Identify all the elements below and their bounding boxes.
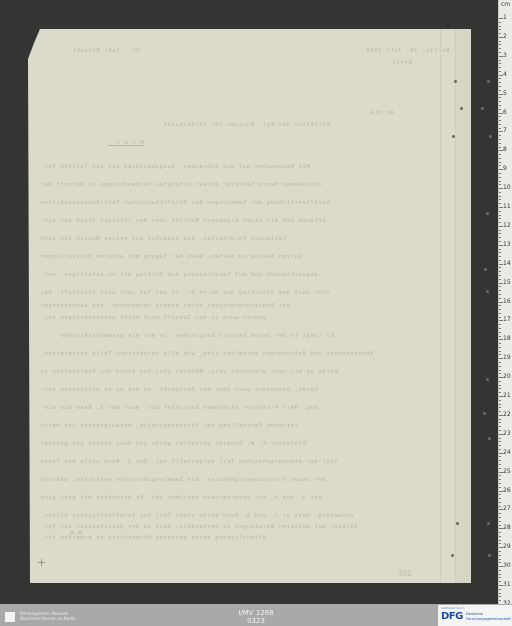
- ruler-unit: cm: [501, 1, 510, 8]
- ruler-subtick: [499, 252, 501, 253]
- ruler-subtick: [499, 60, 501, 61]
- ruler-subtick: [499, 120, 501, 121]
- ruler-label: 25: [503, 468, 511, 475]
- ruler-subtick: [499, 173, 501, 174]
- ruler-subtick: [499, 313, 501, 314]
- body-line: abgeschlossen und auf Veranlassung zum V…: [40, 272, 318, 278]
- institution-line2: Staatliche Museen zu Berlin: [20, 616, 76, 621]
- ruler-subtick: [499, 593, 501, 594]
- ruler-subtick: [499, 354, 501, 355]
- ruler-subtick: [499, 351, 501, 352]
- ruler-label: 12: [503, 222, 511, 229]
- punch-hole: [488, 437, 491, 440]
- ruler-subtick: [499, 551, 501, 552]
- ruler-subtick: [499, 241, 501, 242]
- dfg-logo: Gefördert durch DFG Deutsche Forschungsg…: [438, 605, 512, 626]
- ruler-subtick: [499, 532, 501, 533]
- body-line: hören, besonders auch über die Zeitpunkt…: [40, 387, 318, 393]
- ruler-subtick: [499, 562, 501, 563]
- ruler-subtick: [499, 536, 501, 537]
- body-line: der neuen Forschungsergebnisse, die Samm…: [40, 477, 326, 483]
- ruler-subtick: [499, 165, 501, 166]
- body-line: der Regierungsprojekt nicht anders verwe…: [40, 303, 290, 309]
- ruler-subtick: [499, 388, 501, 389]
- ruler-subtick: [499, 233, 501, 234]
- body-line: der 3. und 4. für Sprachproben bestimmt …: [40, 495, 322, 501]
- ruler-subtick: [499, 290, 501, 291]
- ruler-label: 10: [503, 184, 511, 191]
- dfg-name: Deutsche Forschungsgemeinschaft: [466, 612, 511, 621]
- ruler-subtick: [499, 506, 501, 507]
- punch-hole: [454, 80, 457, 83]
- ruler-subtick: [499, 298, 501, 299]
- body-line: leitende Darstellung der Forschungsreise…: [40, 423, 298, 429]
- ruler-label: 28: [503, 524, 511, 531]
- ruler-subtick: [499, 449, 501, 450]
- ruler-subtick: [499, 328, 501, 329]
- ruler-subtick: [499, 305, 501, 306]
- ruler-label: 13: [503, 241, 511, 248]
- ruler-label: 2: [503, 33, 507, 40]
- body-line: cher nach dem Vorschlag des Herrn Dr. in…: [40, 290, 330, 296]
- ruler-subtick: [499, 426, 501, 427]
- dfg-superscript: Gefördert durch: [441, 606, 465, 610]
- ruler-subtick: [499, 29, 501, 30]
- ruler-label: 4: [503, 71, 507, 78]
- ruler-label: 30: [503, 562, 511, 569]
- shelfmark-line2: 0323: [230, 617, 282, 625]
- ruler-label: 18: [503, 335, 511, 342]
- punch-hole: [481, 107, 484, 110]
- ruler-subtick: [499, 105, 501, 106]
- ruler-subtick: [499, 464, 501, 465]
- ruler-label: 9: [503, 165, 507, 172]
- ruler-subtick: [499, 521, 501, 522]
- body-line: notwendig, dass er 2. und 3. Band beide …: [40, 513, 353, 519]
- ruler-subtick: [499, 343, 501, 344]
- ruler-subtick: [499, 294, 501, 295]
- punch-hole: [489, 135, 492, 138]
- ruler-subtick: [499, 260, 501, 261]
- punch-hole: [487, 80, 490, 83]
- punch-hole: [486, 212, 489, 215]
- ruler-subtick: [499, 373, 501, 374]
- ruler-subtick: [499, 279, 501, 280]
- ruler-subtick: [499, 128, 501, 129]
- ruler-subtick: [499, 468, 501, 469]
- header-date: Berlin, 30. Juli 1909.: [362, 48, 449, 54]
- ruler-label: 6: [503, 109, 507, 116]
- ruler-subtick: [499, 370, 501, 371]
- ruler-subtick: [499, 139, 501, 140]
- ruler-subtick: [499, 67, 501, 68]
- ruler-subtick: [499, 71, 501, 72]
- ruler-subtick: [499, 392, 501, 393]
- ruler-subtick: [499, 600, 501, 601]
- header-sub: Ernst: [392, 60, 412, 66]
- ruler-subtick: [499, 196, 501, 197]
- ruler-label: 22: [503, 411, 511, 418]
- ruler-subtick: [499, 513, 501, 514]
- ruler-subtick: [499, 366, 501, 367]
- body-line: Mit Bezugnahme auf die Schreiben, Ausgab…: [40, 164, 310, 170]
- folio-number: 352: [398, 570, 411, 578]
- ruler-subtick: [499, 203, 501, 204]
- ruler-subtick: [499, 555, 501, 556]
- ruler-subtick: [499, 124, 501, 125]
- measurement-ruler: cm 1234567891011121314151617181920212223…: [498, 0, 512, 604]
- ruler-subtick: [499, 589, 501, 590]
- punch-hole: [484, 268, 487, 271]
- body-line: mag. Herr Professor Stuhlmann berichtet …: [40, 405, 318, 411]
- ruler-subtick: [499, 275, 501, 276]
- body-line: Abrechnungen und Zeichnungen enthalten s…: [40, 351, 373, 357]
- recipient: Direktion des Kgl. Museums für Völkerkun…: [163, 122, 330, 128]
- ruler-subtick: [499, 211, 501, 212]
- ruler-label: 15: [503, 279, 511, 286]
- ruler-label: 24: [503, 449, 511, 456]
- body-line: Es liegt in der Sache bereits besprochen…: [60, 333, 334, 339]
- ruler-subtick: [499, 82, 501, 83]
- ruler-subtick: [499, 249, 501, 250]
- ruler-label: 5: [503, 90, 507, 97]
- dfg-mark: DFG: [441, 611, 463, 622]
- ruler-subtick: [499, 404, 501, 405]
- body-line: Teil der ethnographischen Teil dargestel…: [40, 459, 338, 465]
- ruler-subtick: [499, 324, 501, 325]
- ruler-subtick: [499, 336, 501, 337]
- body-line: zuerst auch in der Zukunft noch nicht un…: [40, 315, 266, 321]
- ruler-subtick: [499, 63, 501, 64]
- ruler-subtick: [499, 483, 501, 484]
- ruler-subtick: [499, 143, 501, 144]
- ruler-subtick: [499, 347, 501, 348]
- ruler-subtick: [499, 574, 501, 575]
- ruler-subtick: [499, 419, 501, 420]
- punch-hole: [486, 378, 489, 381]
- ruler-label: 3: [503, 52, 507, 59]
- recipient-prefix: An die: [370, 110, 394, 116]
- punch-hole: [488, 554, 491, 557]
- ruler-subtick: [499, 86, 501, 87]
- shelfmark-line1: I/MV 1268: [230, 609, 282, 617]
- ruler-label: 8: [503, 146, 507, 153]
- ruler-subtick: [499, 400, 501, 401]
- punch-hole: [456, 522, 459, 525]
- punch-hole: [460, 107, 463, 110]
- ruler-subtick: [499, 525, 501, 526]
- header-left: Gl.: Sehr Ersucht: [72, 48, 139, 54]
- ruler-subtick: [499, 147, 501, 148]
- ruler-subtick: [499, 26, 501, 27]
- institution-name: Ethnologisches Museum Staatliche Museen …: [20, 611, 76, 621]
- ruler-label: 1: [503, 14, 507, 21]
- ruler-subtick: [499, 332, 501, 333]
- ruler-subtick: [499, 577, 501, 578]
- ruler-subtick: [499, 22, 501, 23]
- ruler-subtick: [499, 581, 501, 582]
- ruler-subtick: [499, 184, 501, 185]
- ruler-subtick: [499, 177, 501, 178]
- ruler-subtick: [499, 48, 501, 49]
- ruler-subtick: [499, 438, 501, 439]
- ruler-subtick: [499, 218, 501, 219]
- ruler-subtick: [499, 97, 501, 98]
- ruler-subtick: [499, 215, 501, 216]
- punch-hole: [486, 290, 489, 293]
- ruler-label: 16: [503, 298, 511, 305]
- ruler-label: 29: [503, 543, 511, 550]
- ruler-subtick: [499, 135, 501, 136]
- ruler-subtick: [499, 309, 501, 310]
- closing: M.M.: [66, 531, 82, 537]
- ruler-subtick: [499, 498, 501, 499]
- ruler-label: 26: [503, 487, 511, 494]
- ruler-subtick: [499, 385, 501, 386]
- ruler-subtick: [499, 543, 501, 544]
- ruler-subtick: [499, 158, 501, 159]
- ruler-subtick: [499, 237, 501, 238]
- ruler-subtick: [499, 456, 501, 457]
- fold-line: [440, 29, 441, 583]
- ruler-label: 20: [503, 373, 511, 380]
- ruler-subtick: [499, 267, 501, 268]
- ruler-subtick: [499, 256, 501, 257]
- ruler-subtick: [499, 192, 501, 193]
- dfg-name-line2: Forschungsgemeinschaft: [466, 617, 511, 622]
- museum-logo-icon: [5, 612, 15, 622]
- ruler-subtick: [499, 540, 501, 541]
- ruler-subtick: [499, 116, 501, 117]
- ruler-subtick: [499, 445, 501, 446]
- ruler-subtick: [499, 441, 501, 442]
- ruler-label: 21: [503, 392, 511, 399]
- ruler-label: 19: [503, 354, 511, 361]
- ruler-subtick: [499, 33, 501, 34]
- ruler-subtick: [499, 181, 501, 182]
- body-line: Veröffentlichung der Sammlungen der Osta…: [40, 200, 330, 206]
- ruler-subtick: [499, 411, 501, 412]
- ruler-subtick: [499, 479, 501, 480]
- ruler-subtick: [499, 271, 501, 272]
- body-line: Professor P. W. Schmidt enthalten werde …: [40, 441, 306, 447]
- body-line: Darüber bei weiteren Beratungen zu verha…: [40, 524, 357, 530]
- ruler-subtick: [499, 422, 501, 423]
- punch-hole: [451, 554, 454, 557]
- ruler-subtick: [499, 162, 501, 163]
- ruler-subtick: [499, 570, 501, 571]
- ruler-subtick: [499, 502, 501, 503]
- paper-margin-strip: [455, 29, 471, 583]
- punch-hole: [483, 412, 486, 415]
- ruler-label: 23: [503, 430, 511, 437]
- ruler-subtick: [499, 494, 501, 495]
- ruler-label: 17: [503, 316, 511, 323]
- ruler-subtick: [499, 381, 501, 382]
- ruler-subtick: [499, 41, 501, 42]
- body-line: schiedenen Herrn Sekretär direkt erfolgt…: [40, 182, 322, 188]
- ruler-subtick: [499, 109, 501, 110]
- recipient-place: H i e r .: [108, 140, 144, 146]
- ruler-subtick: [499, 286, 501, 287]
- ruler-subtick: [499, 460, 501, 461]
- ruler-label: 31: [503, 581, 511, 588]
- punch-hole: [487, 522, 490, 525]
- ruler-subtick: [499, 407, 501, 408]
- archive-footer: Ethnologisches Museum Staatliche Museen …: [0, 604, 512, 626]
- margin-cross-mark: +: [37, 556, 46, 569]
- shelfmark: I/MV 1268 0323: [230, 609, 282, 625]
- ruler-subtick: [499, 222, 501, 223]
- body-line: Würde es mir sehr erwünscht sein, Nähere…: [40, 369, 338, 375]
- ruler-subtick: [499, 596, 501, 597]
- ruler-subtick: [499, 78, 501, 79]
- ruler-subtick: [499, 90, 501, 91]
- body-line: erlaube ich mir einen ergebenen Bericht …: [40, 218, 326, 224]
- body-line: leitenden Vorarbeiten, die zunächst auf …: [40, 236, 286, 242]
- ruler-subtick: [499, 430, 501, 431]
- ruler-label: 7: [503, 127, 507, 134]
- ruler-subtick: [499, 230, 501, 231]
- ruler-subtick: [499, 487, 501, 488]
- ruler-subtick: [499, 517, 501, 518]
- punch-hole: [452, 135, 455, 138]
- ruler-subtick: [499, 101, 501, 102]
- ruler-label: 27: [503, 505, 511, 512]
- body-line: kurzen Auszug zu machen. Nach der Tagung…: [40, 254, 302, 260]
- ruler-subtick: [499, 154, 501, 155]
- ruler-subtick: [499, 317, 501, 318]
- ruler-label: 14: [503, 260, 511, 267]
- ruler-label: 11: [503, 203, 511, 210]
- ruler-subtick: [499, 199, 501, 200]
- ruler-subtick: [499, 475, 501, 476]
- ruler-subtick: [499, 52, 501, 53]
- ruler-subtick: [499, 559, 501, 560]
- ruler-subtick: [499, 362, 501, 363]
- ruler-subtick: [499, 44, 501, 45]
